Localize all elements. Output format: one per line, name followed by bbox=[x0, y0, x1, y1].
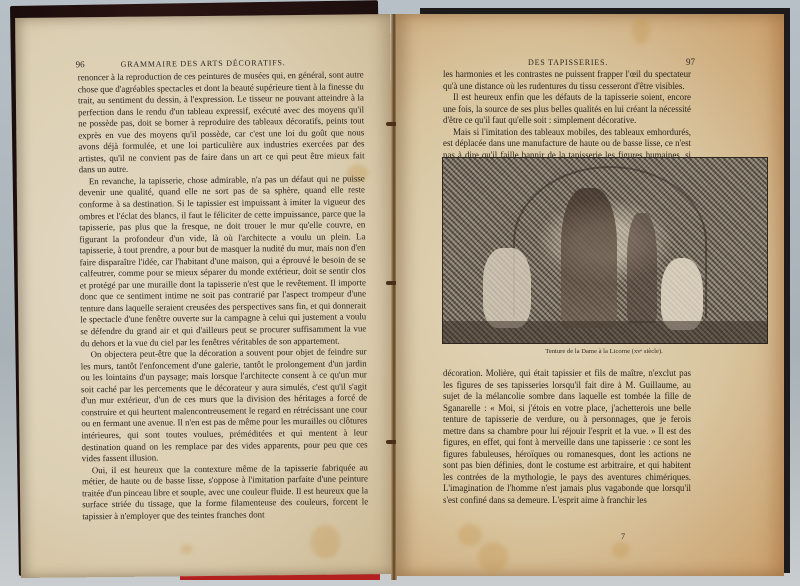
maid-figure bbox=[627, 213, 657, 323]
unicorn-figure bbox=[661, 258, 703, 330]
signature-mark: 7 bbox=[621, 532, 625, 541]
running-head: GRAMMAIRE DES ARTS DÉCORATIFS. bbox=[16, 57, 391, 70]
foxing-stain bbox=[612, 542, 630, 558]
left-page: 96 GRAMMAIRE DES ARTS DÉCORATIFS. renonc… bbox=[15, 14, 396, 578]
foxing-stain bbox=[478, 542, 508, 572]
left-page-body: renoncer à la reproduction de ces peintu… bbox=[78, 69, 369, 522]
right-page: DES TAPISSERIES. 97 les harmonies et les… bbox=[396, 14, 784, 576]
lion-figure bbox=[483, 248, 531, 328]
paragraph: les harmonies et les contrastes ne puiss… bbox=[443, 69, 691, 92]
running-head: DES TAPISSERIES. bbox=[528, 58, 608, 67]
paragraph: décoration. Molière, qui était tapissier… bbox=[443, 368, 691, 507]
foxing-stain bbox=[181, 544, 193, 554]
lady-figure bbox=[561, 188, 617, 328]
paragraph: Oui, il est heureux que la contexture mê… bbox=[82, 462, 369, 523]
figure-caption: Tenture de la Dame à la Licorne (xvᵉ siè… bbox=[442, 348, 766, 355]
right-page-body-bottom: décoration. Molière, qui était tapissier… bbox=[443, 368, 691, 507]
tapestry-illustration-icon bbox=[442, 157, 768, 344]
foxing-stain bbox=[632, 18, 650, 44]
flowered-ground bbox=[443, 321, 767, 343]
page-number: 97 bbox=[686, 57, 695, 67]
foxing-stain bbox=[458, 524, 482, 546]
paragraph: Il est heureux enfin que les défauts de … bbox=[443, 92, 691, 127]
paragraph: renoncer à la reproduction de ces peintu… bbox=[78, 69, 365, 176]
foxing-stain bbox=[310, 525, 340, 559]
paragraph: En revanche, la tapisserie, chose admira… bbox=[79, 173, 367, 349]
paragraph: On objectera peut-être que la décoration… bbox=[81, 346, 368, 464]
